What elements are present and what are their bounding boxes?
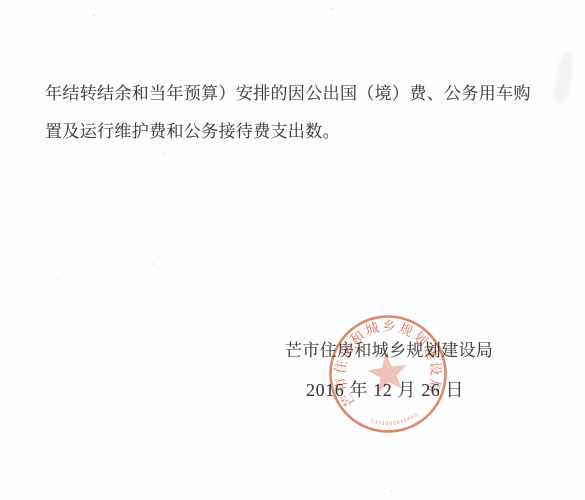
scan-speck	[390, 490, 393, 492]
paragraph-line-1: 年结转结余和当年预算）安排的因公出国（境）费、公务用车购	[45, 79, 531, 104]
scan-speck	[330, 8, 333, 10]
scan-smudge	[552, 51, 576, 105]
scan-speck	[92, 14, 95, 17]
star-icon	[365, 350, 410, 393]
paragraph-line-2: 置及运行维护费和公务接待费支出数。	[45, 117, 340, 142]
scan-speck	[57, 278, 59, 280]
scan-speck	[152, 263, 155, 265]
scanned-document-page: 年结转结余和当年预算）安排的因公出国（境）费、公务用车购 置及运行维护费和公务接…	[0, 0, 585, 500]
scan-speck	[163, 152, 165, 154]
official-seal: 芒市住房和城乡规划建设局 5331000011463	[318, 304, 458, 444]
